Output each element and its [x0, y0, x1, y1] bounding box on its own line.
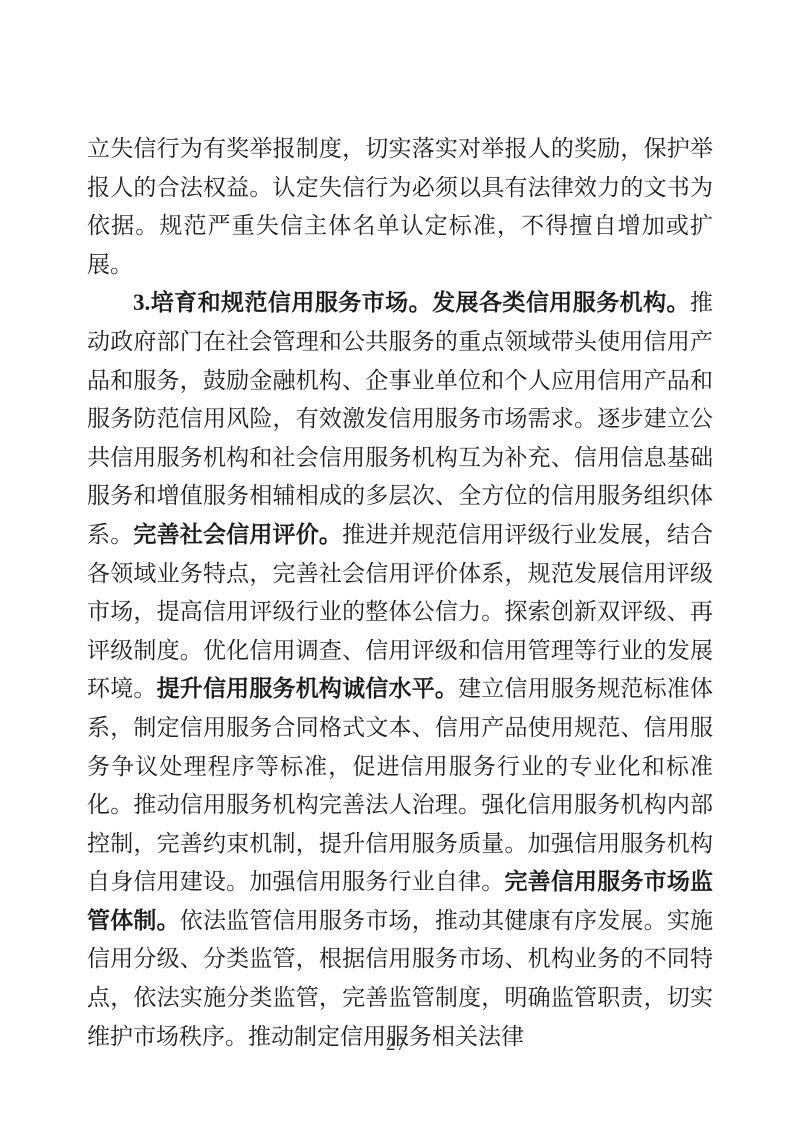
paragraph: 3.培育和规范信用服务市场。发展各类信用服务机构。推动政府部门在社会管理和公共服…: [87, 284, 713, 1056]
text-run: 建立信用服务规范标准体系，制定信用服务合同格式文本、信用产品使用规范、信用服务争…: [87, 676, 713, 894]
page-footer: 27: [0, 1034, 793, 1056]
page-number: 27: [386, 1034, 407, 1055]
text-run: 立失信行为有奖举报制度，切实落实对举报人的奖励，保护举报人的合法权益。认定失信行…: [87, 136, 713, 277]
text-run: 推进并规范信用评级行业发展，结合各领域业务特点，完善社会信用评价体系，规范发展信…: [87, 522, 713, 701]
paragraph: 立失信行为有奖举报制度，切实落实对举报人的奖励，保护举报人的合法权益。认定失信行…: [87, 130, 713, 284]
document-page: 立失信行为有奖举报制度，切实落实对举报人的奖励，保护举报人的合法权益。认定失信行…: [0, 0, 793, 1122]
text-run: 推动政府部门在社会管理和公共服务的重点领域带头使用信用产品和服务，鼓励金融机构、…: [87, 290, 713, 547]
text-block: 立失信行为有奖举报制度，切实落实对举报人的奖励，保护举报人的合法权益。认定失信行…: [87, 130, 713, 1056]
emphasis-run: 提升信用服务机构诚信水平。: [157, 676, 459, 701]
text-run: 依法监管信用服务市场，推动其健康有序发展。实施信用分级、分类监管，根据信用服务市…: [87, 908, 713, 1049]
emphasis-run: 完善社会信用评价。: [133, 522, 342, 547]
emphasis-run: 3.培育和规范信用服务市场。发展各类信用服务机构。: [133, 290, 690, 315]
